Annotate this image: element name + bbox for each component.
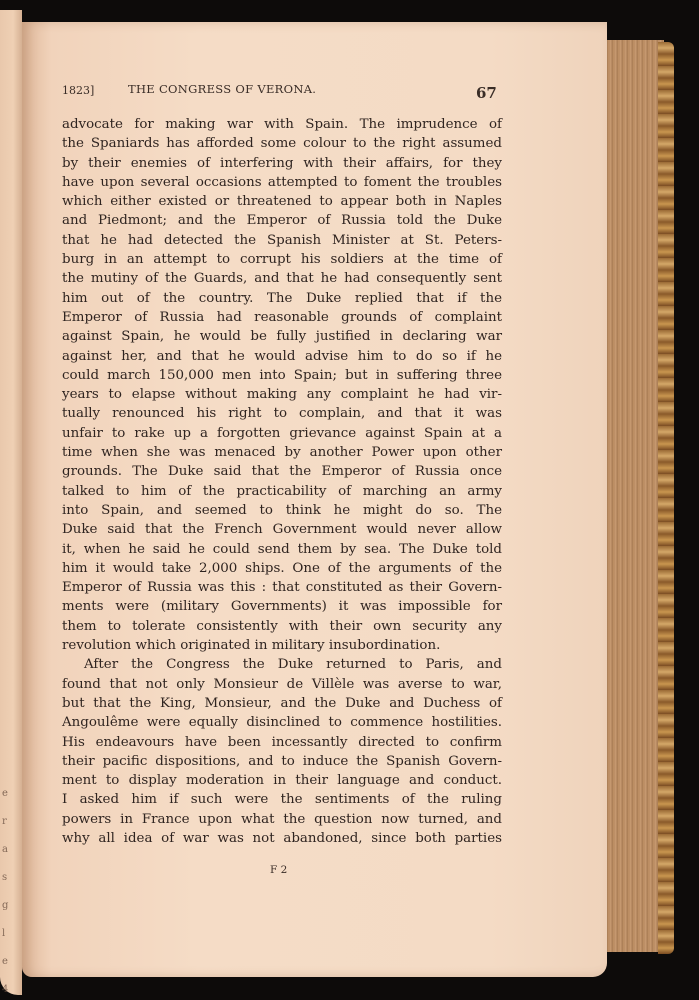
text-line: Emperor of Russia had reasonable grounds… xyxy=(62,308,502,327)
text-line: unfair to rake up a forgotten grievance … xyxy=(62,424,502,443)
text-line: revolution which originated in military … xyxy=(62,636,502,655)
text-line: it, when he said he could send them by s… xyxy=(62,540,502,559)
page-block-edges xyxy=(604,40,664,952)
text-line: them to tolerate consistently with their… xyxy=(62,617,502,636)
edge-glyph: e xyxy=(2,948,12,976)
left-page-edge-glyphs: e r a s g l e 4 xyxy=(2,780,12,1000)
text-line: ment to display moderation in their lang… xyxy=(62,771,502,790)
text-line: His endeavours have been incessantly dir… xyxy=(62,733,502,752)
running-header: 1823] THE CONGRESS OF VERONA. 67 xyxy=(62,82,498,104)
text-line: their pacific dispositions, and to induc… xyxy=(62,752,502,771)
text-line: that he had detected the Spanish Ministe… xyxy=(62,231,502,250)
edge-glyph: a xyxy=(2,836,12,864)
text-line: Angoulême were equally disinclined to co… xyxy=(62,713,502,732)
gilt-tooled-edge xyxy=(658,42,674,954)
text-line: found that not only Monsieur de Villèle … xyxy=(62,675,502,694)
text-line: talked to him of the practicability of m… xyxy=(62,482,502,501)
text-line: years to elapse without making any compl… xyxy=(62,385,502,404)
text-line: have upon several occasions attempted to… xyxy=(62,173,502,192)
text-line: Emperor of Russia was this : that consti… xyxy=(62,578,502,597)
text-line: him it would take 2,000 ships. One of th… xyxy=(62,559,502,578)
signature-mark: F 2 xyxy=(270,864,287,876)
text-line: Duke said that the French Government wou… xyxy=(62,520,502,539)
text-line: advocate for making war with Spain. The … xyxy=(62,115,502,134)
text-line: powers in France upon what the question … xyxy=(62,810,502,829)
running-title: THE CONGRESS OF VERONA. xyxy=(128,82,316,96)
text-line: into Spain, and seemed to think he might… xyxy=(62,501,502,520)
edge-glyph: r xyxy=(2,808,12,836)
text-line: but that the King, Monsieur, and the Duk… xyxy=(62,694,502,713)
text-line: against Spain, he would be fully justifi… xyxy=(62,327,502,346)
text-line: time when she was menaced by another Pow… xyxy=(62,443,502,462)
text-line: why all idea of war was not abandoned, s… xyxy=(62,829,502,848)
text-line: ments were (military Governments) it was… xyxy=(62,597,502,616)
edge-glyph: 4 xyxy=(2,976,12,1000)
running-year: 1823] xyxy=(62,84,94,97)
text-line: I asked him if such were the sentiments … xyxy=(62,790,502,809)
text-line: and Piedmont; and the Emperor of Russia … xyxy=(62,211,502,230)
text-line: which either existed or threatened to ap… xyxy=(62,192,502,211)
body-text: advocate for making war with Spain. The … xyxy=(62,115,502,848)
edge-glyph: g xyxy=(2,892,12,920)
text-line: him out of the country. The Duke replied… xyxy=(62,289,502,308)
text-line: the Spaniards has afforded some colour t… xyxy=(62,134,502,153)
paragraph-start-line: After the Congress the Duke returned to … xyxy=(62,655,502,674)
left-page-edge: e r a s g l e 4 xyxy=(0,10,22,995)
edge-glyph: s xyxy=(2,864,12,892)
text-line: tually renounced his right to complain, … xyxy=(62,404,502,423)
text-line: against her, and that he would advise hi… xyxy=(62,347,502,366)
text-line: could march 150,000 men into Spain; but … xyxy=(62,366,502,385)
edge-glyph: e xyxy=(2,780,12,808)
text-line: grounds. The Duke said that the Emperor … xyxy=(62,462,502,481)
edge-glyph: l xyxy=(2,920,12,948)
text-line: the mutiny of the Guards, and that he ha… xyxy=(62,269,502,288)
page-number: 67 xyxy=(476,84,497,102)
text-line: by their enemies of interfering with the… xyxy=(62,154,502,173)
text-line: burg in an attempt to corrupt his soldie… xyxy=(62,250,502,269)
